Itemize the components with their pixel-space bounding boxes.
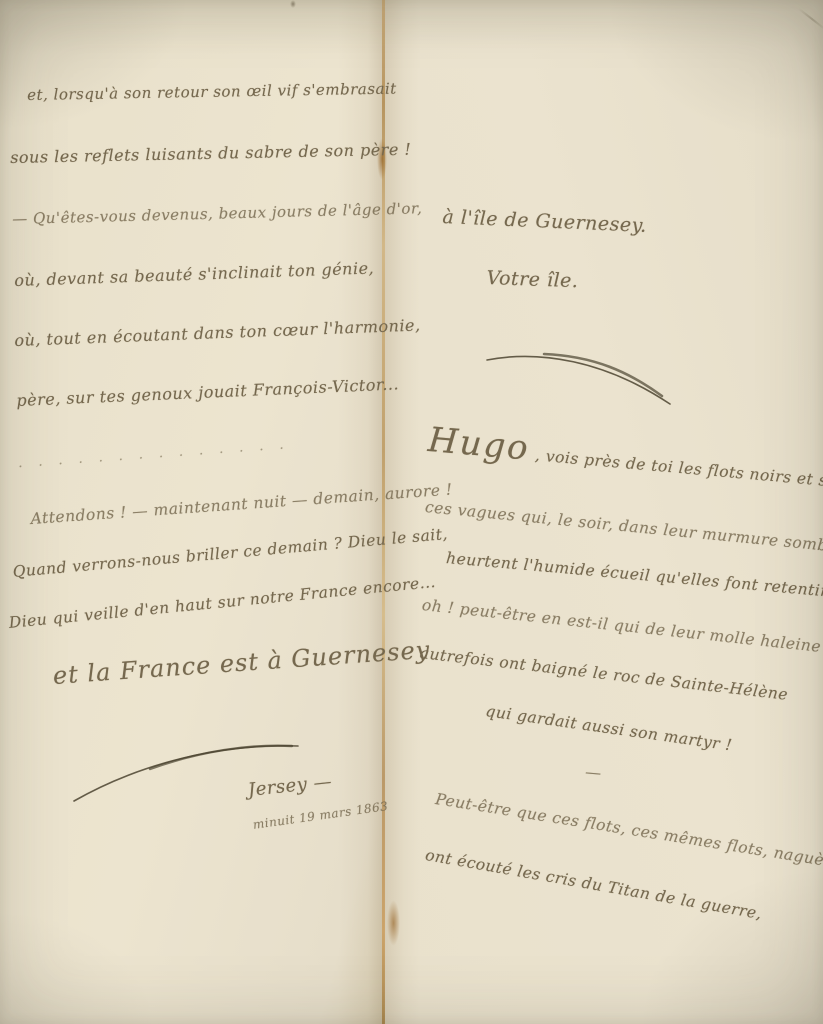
- manuscript-photo: et, lorsqu'à son retour son œil vif s'em…: [0, 0, 823, 1024]
- dedication-flourish-stroke: [484, 348, 679, 410]
- stanza-divider: —: [584, 762, 602, 782]
- dedication-line: Votre île.: [486, 267, 579, 292]
- signature-flourish-stroke: [60, 735, 320, 810]
